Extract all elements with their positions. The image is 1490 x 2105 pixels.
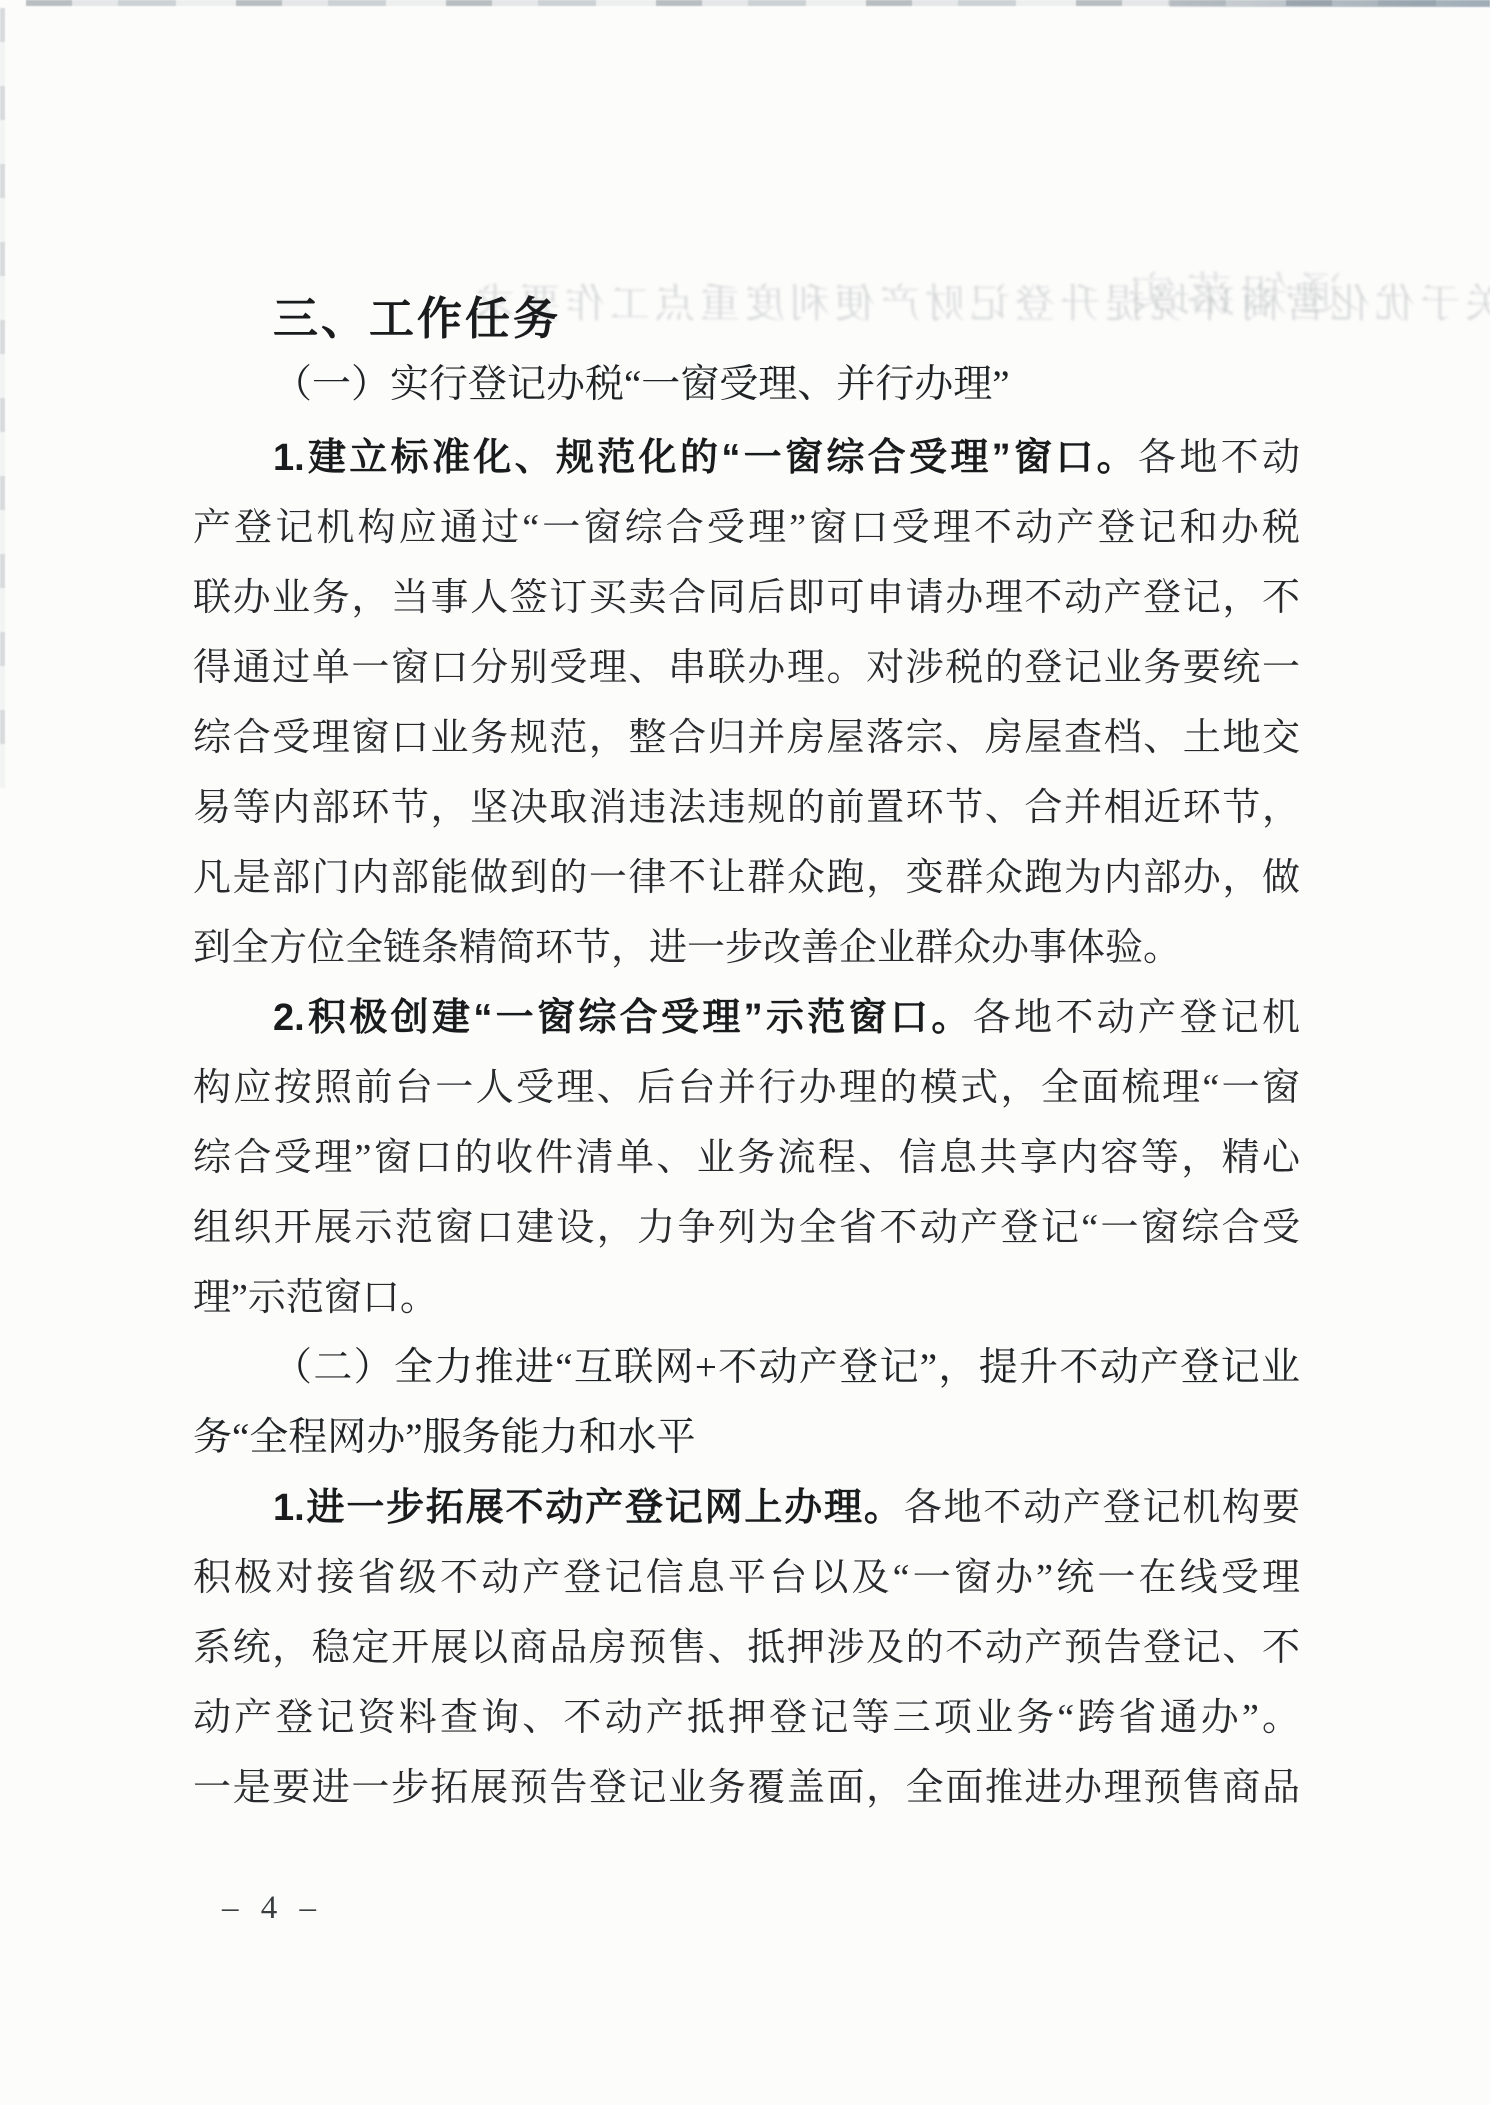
text-segment: （二）全力推进“互联网+不动产登记”，提升不动产登记业	[273, 1346, 1300, 1389]
body-text-line: 1.进一步拓展不动产登记网上办理。各地不动产登记机构要	[193, 1473, 1300, 1543]
bold-text-segment: 1.建立标准化、规范化的“一窗综合受理”窗口。	[273, 437, 1138, 479]
section-heading: 三、工作任务	[193, 287, 1300, 351]
body-text-line: 2.积极创建“一窗综合受理”示范窗口。各地不动产登记机	[193, 983, 1300, 1053]
text-segment: 到全方位全链条精简环节，进一步改善企业群众办事体验。	[193, 927, 1181, 969]
text-segment: （一）实行登记办税“一窗受理、并行办理”	[273, 363, 1010, 406]
text-segment: 动产登记资料查询、不动产抵押登记等三项业务“跨省通办”。	[193, 1697, 1300, 1739]
body-text-line: 凡是部门内部能做到的一律不让群众跑，变群众跑为内部办，做	[193, 843, 1300, 913]
text-segment: 易等内部环节，坚决取消违法违规的前置环节、合并相近环节，	[193, 787, 1300, 829]
text-segment: 综合受理窗口业务规范，整合归并房屋落宗、房屋查档、土地交	[193, 717, 1300, 759]
bold-text-segment: 1.进一步拓展不动产登记网上办理。	[273, 1487, 904, 1529]
text-segment: 理”示范窗口。	[193, 1277, 438, 1319]
text-segment: 构应按照前台一人受理、后台并行办理的模式，全面梳理“一窗	[193, 1067, 1300, 1109]
body-text-line: 积极对接省级不动产登记信息平台以及“一窗办”统一在线受理	[193, 1543, 1300, 1613]
body-text-line: 综合受理窗口业务规范，整合归并房屋落宗、房屋查档、土地交	[193, 703, 1300, 773]
bold-text-segment: 2.积极创建“一窗综合受理”示范窗口。	[273, 997, 973, 1039]
text-segment: 组织开展示范窗口建设，力争列为全省不动产登记“一窗综合受	[193, 1207, 1300, 1249]
text-segment: 一是要进一步拓展预告登记业务覆盖面，全面推进办理预售商品	[193, 1767, 1300, 1809]
body-text-line: 组织开展示范窗口建设，力争列为全省不动产登记“一窗综合受	[193, 1193, 1300, 1263]
body-text-line: 系统，稳定开展以商品房预售、抵押涉及的不动产预告登记、不	[193, 1613, 1300, 1683]
body-text-line: 到全方位全链条精简环节，进一步改善企业群众办事体验。	[193, 913, 1300, 983]
text-segment: 产登记机构应通过“一窗综合受理”窗口受理不动产登记和办税	[193, 507, 1300, 549]
text-segment: 各地不动产登记机	[973, 997, 1300, 1039]
body-text-line: 一是要进一步拓展预告登记业务覆盖面，全面推进办理预售商品	[193, 1753, 1300, 1823]
text-segment: 积极对接省级不动产登记信息平台以及“一窗办”统一在线受理	[193, 1557, 1300, 1599]
body-text-line: 产登记机构应通过“一窗综合受理”窗口受理不动产登记和办税	[193, 493, 1300, 563]
text-segment: 联办业务，当事人签订买卖合同后即可申请办理不动产登记，不	[193, 577, 1300, 619]
body-text-line: 得通过单一窗口分别受理、串联办理。对涉税的登记业务要统一	[193, 633, 1300, 703]
text-segment: 得通过单一窗口分别受理、串联办理。对涉税的登记业务要统一	[193, 647, 1300, 689]
body-text-line: 理”示范窗口。	[193, 1263, 1300, 1333]
scanned-document-page: 关于优化营商环境提升登记财产便利度重点工作要求通知落实 三、工作任务（一）实行登…	[0, 0, 1490, 2105]
text-segment: 凡是部门内部能做到的一律不让群众跑，变群众跑为内部办，做	[193, 857, 1300, 899]
body-text-line: 动产登记资料查询、不动产抵押登记等三项业务“跨省通办”。	[193, 1683, 1300, 1753]
body-text-line: 联办业务，当事人签订买卖合同后即可申请办理不动产登记，不	[193, 563, 1300, 633]
page-number: – 4 –	[222, 1886, 323, 1930]
scan-left-edge-artifact	[0, 8, 5, 788]
text-segment: 务“全程网办”服务能力和水平	[193, 1416, 696, 1459]
body-text-line: 1.建立标准化、规范化的“一窗综合受理”窗口。各地不动	[193, 423, 1300, 493]
body-text-line: 易等内部环节，坚决取消违法违规的前置环节、合并相近环节，	[193, 773, 1300, 843]
text-segment: 各地不动产登记机构要	[904, 1487, 1300, 1529]
subsection-heading-line: （二）全力推进“互联网+不动产登记”，提升不动产登记业	[193, 1333, 1300, 1403]
text-segment: 系统，稳定开展以商品房预售、抵押涉及的不动产预告登记、不	[193, 1627, 1300, 1669]
subsection-heading-line: 务“全程网办”服务能力和水平	[193, 1403, 1300, 1473]
bold-text-segment: 三、工作任务	[273, 293, 561, 344]
scan-top-right-edge-artifact	[1170, 0, 1490, 7]
text-segment: 综合受理”窗口的收件清单、业务流程、信息共享内容等，精心	[193, 1137, 1300, 1179]
subsection-heading-line: （一）实行登记办税“一窗受理、并行办理”	[193, 350, 1300, 420]
body-text-line: 综合受理”窗口的收件清单、业务流程、信息共享内容等，精心	[193, 1123, 1300, 1193]
text-segment: 各地不动	[1138, 437, 1300, 479]
body-text-line: 构应按照前台一人受理、后台并行办理的模式，全面梳理“一窗	[193, 1053, 1300, 1123]
